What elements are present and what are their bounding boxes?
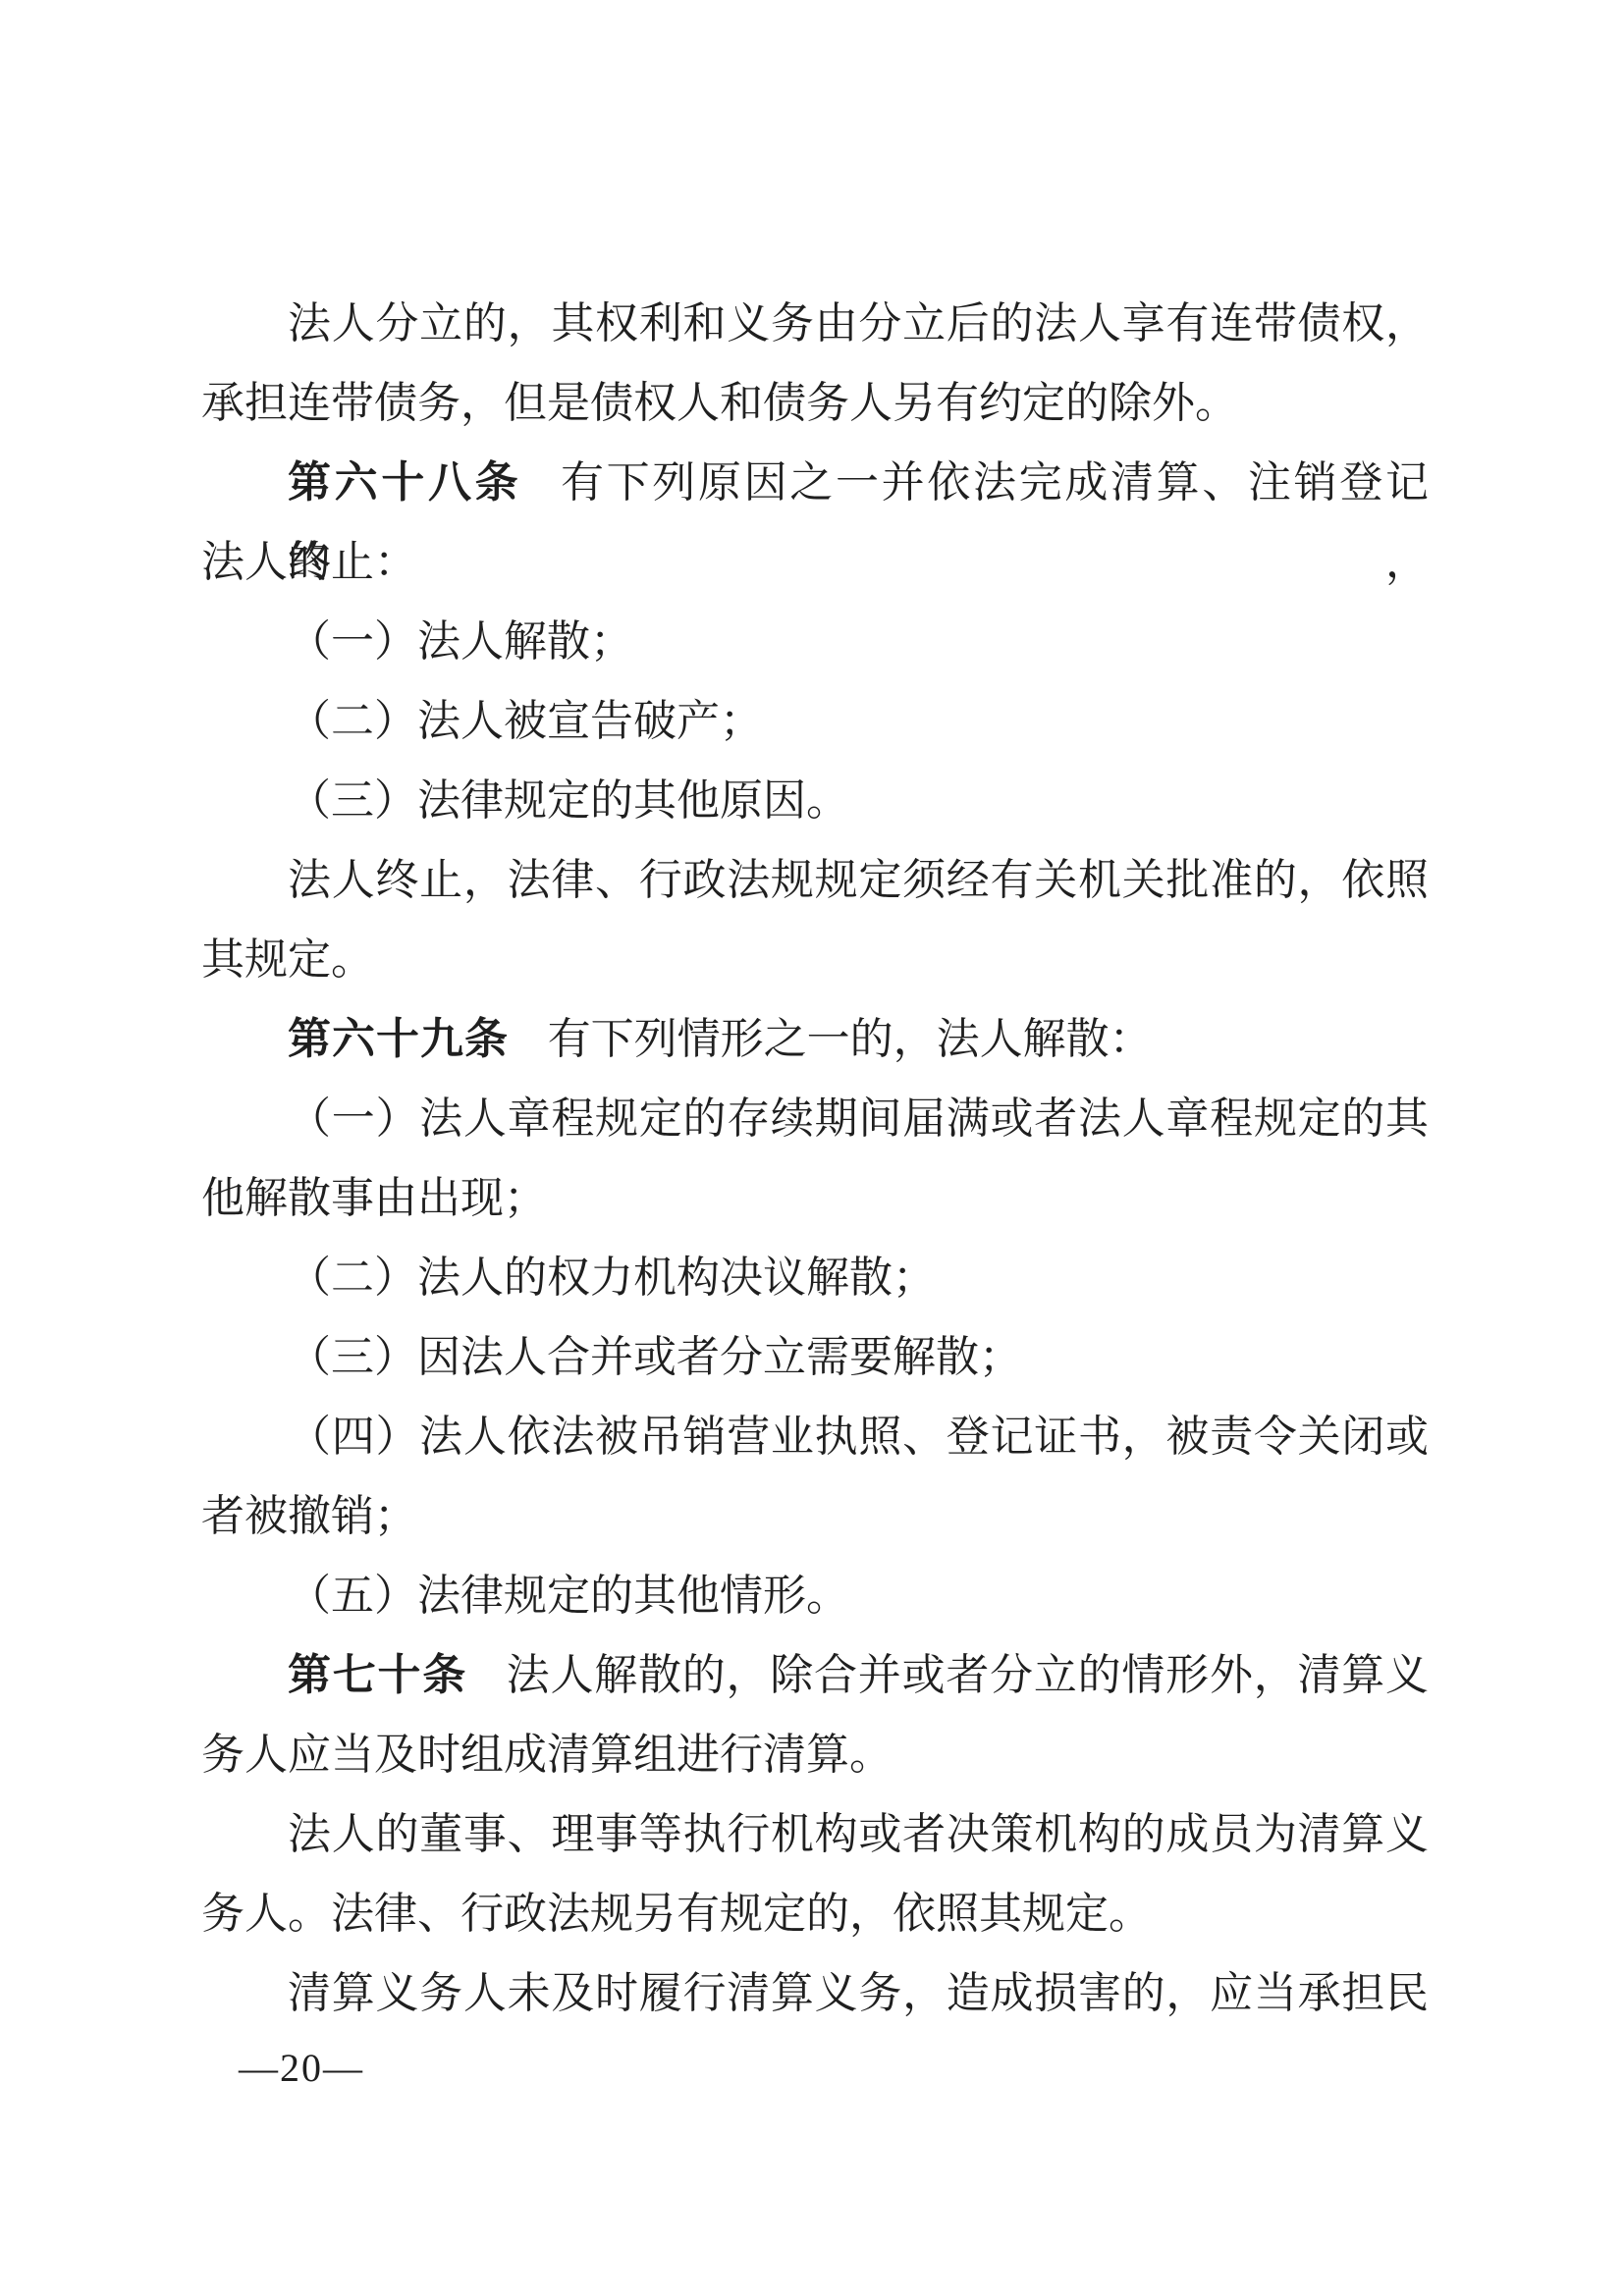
line-text: 法人分立的，其权利和义务由分立后的法人享有连带债权， <box>288 299 1429 347</box>
text-line: 他解散事由出现； <box>201 1158 1429 1238</box>
line-text: （三）法律规定的其他原因。 <box>288 776 849 825</box>
article-number: 第六十九条 <box>288 1015 509 1063</box>
text-line: 法人分立的，其权利和义务由分立后的法人享有连带债权， <box>201 284 1429 363</box>
page-number: —20— <box>239 2044 364 2093</box>
text-line: 其规定。 <box>201 920 1429 999</box>
line-text: 者被撤销； <box>201 1492 417 1540</box>
article-number: 第七十条 <box>288 1651 467 1699</box>
line-text: 承担连带债务，但是债权人和债务人另有约定的除外。 <box>201 379 1238 427</box>
line-text: 务人应当及时组成清算组进行清算。 <box>201 1731 893 1779</box>
text-line: （一）法人解散； <box>201 602 1429 681</box>
line-text: 法人解散的，除合并或者分立的情形外，清算义 <box>507 1651 1429 1699</box>
line-text: （一）法人章程规定的存续期间届满或者法人章程规定的其 <box>288 1095 1429 1143</box>
text-line: 者被撤销； <box>201 1476 1429 1556</box>
text-line: 务人应当及时组成清算组进行清算。 <box>201 1715 1429 1794</box>
line-text: （四）法人依法被吊销营业执照、登记证书，被责令关闭或 <box>288 1413 1429 1461</box>
text-line: （三）因法人合并或者分立需要解散； <box>201 1317 1429 1397</box>
text-line: 第七十条法人解散的，除合并或者分立的情形外，清算义 <box>201 1635 1429 1715</box>
text-line: 清算义务人未及时履行清算义务，造成损害的，应当承担民 <box>201 1953 1429 2033</box>
document-page: 法人分立的，其权利和义务由分立后的法人享有连带债权，承担连带债务，但是债权人和债… <box>0 0 1624 2296</box>
document-body: 法人分立的，其权利和义务由分立后的法人享有连带债权，承担连带债务，但是债权人和债… <box>201 284 1429 2033</box>
text-line: （三）法律规定的其他原因。 <box>201 761 1429 840</box>
line-text: 有下列情形之一的，法人解散： <box>548 1015 1153 1063</box>
line-text: （三）因法人合并或者分立需要解散； <box>288 1333 1022 1381</box>
line-text: （一）法人解散； <box>288 617 633 666</box>
text-line: 承担连带债务，但是债权人和债务人另有约定的除外。 <box>201 363 1429 443</box>
text-line: （四）法人依法被吊销营业执照、登记证书，被责令关闭或 <box>201 1397 1429 1476</box>
line-text: 法人的董事、理事等执行机构或者决策机构的成员为清算义 <box>288 1810 1429 1858</box>
text-line: 第六十九条有下列情形之一的，法人解散： <box>201 999 1429 1079</box>
text-line: 第六十八条有下列原因之一并依法完成清算、注销登记的， <box>201 443 1429 522</box>
line-text: 清算义务人未及时履行清算义务，造成损害的，应当承担民 <box>288 1969 1429 2017</box>
line-text: 务人。法律、行政法规另有规定的，依照其规定。 <box>201 1890 1152 1938</box>
line-text: 他解散事由出现； <box>201 1174 547 1222</box>
text-line: 法人的董事、理事等执行机构或者决策机构的成员为清算义 <box>201 1794 1429 1874</box>
line-text: 法人终止： <box>201 538 417 586</box>
article-number: 第六十八条 <box>288 458 521 507</box>
text-line: （五）法律规定的其他情形。 <box>201 1556 1429 1635</box>
line-text: 其规定。 <box>201 935 374 984</box>
text-line: 法人终止，法律、行政法规规定须经有关机关批准的，依照 <box>201 840 1429 920</box>
text-line: （二）法人的权力机构决议解散； <box>201 1238 1429 1317</box>
text-line: （一）法人章程规定的存续期间届满或者法人章程规定的其 <box>201 1079 1429 1158</box>
text-line: 务人。法律、行政法规另有规定的，依照其规定。 <box>201 1874 1429 1953</box>
line-text: （五）法律规定的其他情形。 <box>288 1572 849 1620</box>
text-line: （二）法人被宣告破产； <box>201 681 1429 761</box>
line-text: （二）法人的权力机构决议解散； <box>288 1254 936 1302</box>
line-text: （二）法人被宣告破产； <box>288 697 763 745</box>
line-text: 法人终止，法律、行政法规规定须经有关机关批准的，依照 <box>288 856 1429 904</box>
